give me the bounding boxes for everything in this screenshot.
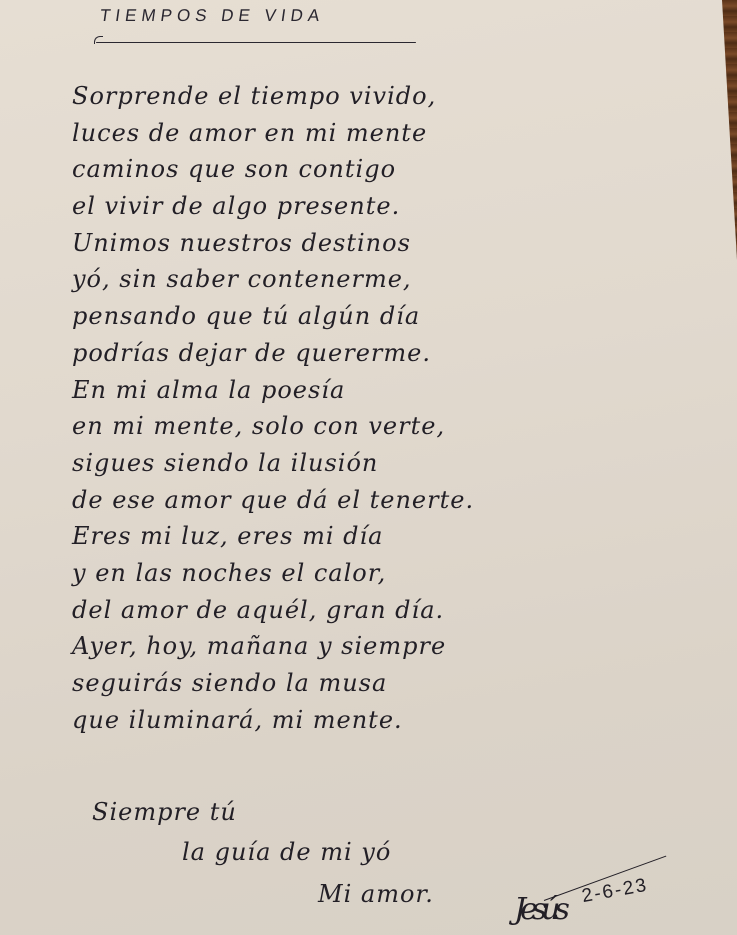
poem-line: de ese amor que dá el tenerte.	[72, 482, 592, 519]
poem-line: caminos que son contigo	[72, 151, 592, 188]
poem-line: seguirás siendo la musa	[72, 665, 592, 702]
poem-line: pensando que tú algún día	[72, 298, 592, 335]
poem-line: Ayer, hoy, mañana y siempre	[72, 628, 592, 665]
poem-line: en mi mente, solo con verte,	[72, 408, 592, 445]
title-underline	[96, 42, 416, 43]
poem-line: podrías dejar de quererme.	[72, 335, 592, 372]
poem-line: yó, sin saber contenerme,	[72, 261, 592, 298]
poem-line: En mi alma la poesía	[72, 372, 592, 409]
poem-line: y en las noches el calor,	[72, 555, 592, 592]
handwritten-paper-sheet: TIEMPOS DE VIDA Sorprende el tiempo vivi…	[0, 0, 737, 935]
closing-line: Siempre tú	[92, 798, 237, 826]
poem-line: del amor de aquél, gran día.	[72, 592, 592, 629]
closing-line: Mi amor.	[318, 880, 434, 908]
poem-line: que iluminará, mi mente.	[72, 702, 592, 739]
poem-line: el vivir de algo presente.	[72, 188, 592, 225]
signature-scrawl: Jesús	[514, 892, 564, 927]
poem-body: Sorprende el tiempo vivido, luces de amo…	[72, 78, 592, 738]
poem-line: Unimos nuestros destinos	[72, 225, 592, 262]
poem-line: sigues siendo la ilusión	[72, 445, 592, 482]
poem-line: Sorprende el tiempo vivido,	[72, 78, 592, 115]
closing-line: la guía de mi yó	[182, 838, 391, 866]
poem-line: Eres mi luz, eres mi día	[72, 518, 592, 555]
poem-title: TIEMPOS DE VIDA	[99, 6, 326, 26]
poem-line: luces de amor en mi mente	[72, 115, 592, 152]
